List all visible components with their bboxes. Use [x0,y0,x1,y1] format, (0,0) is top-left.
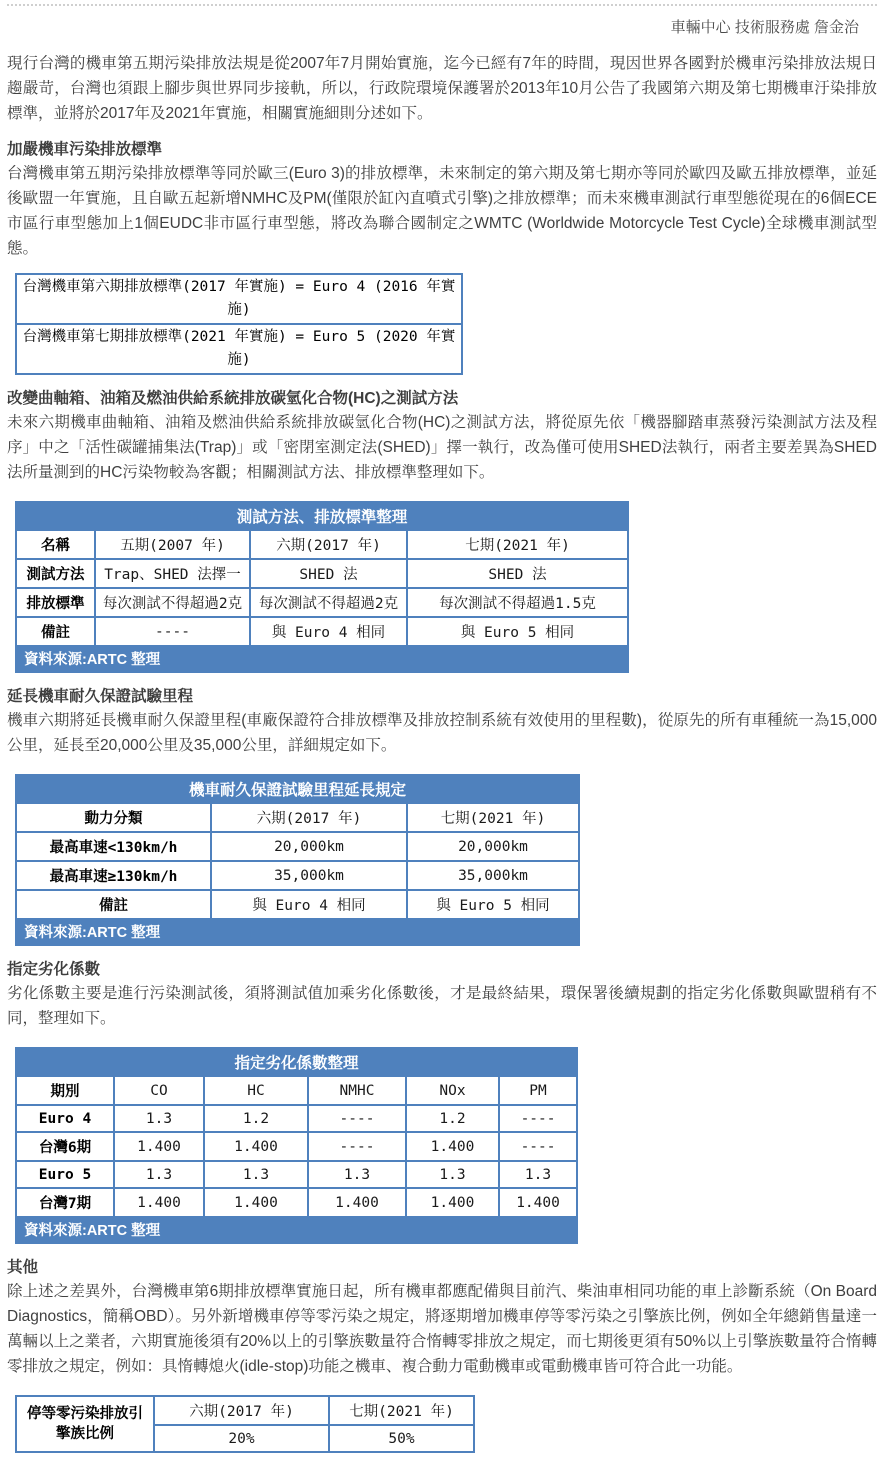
section-heading-durability-mileage: 延長機車耐久保證試驗里程 [7,685,877,708]
table-cell: 台灣6期 [16,1132,114,1161]
table-cell: 1.400 [204,1188,308,1217]
table-cell: 名稱 [16,530,95,559]
table-cell: 最高車速≥130km/h [16,861,211,890]
byline: 車輛中心 技術服務處 詹金治 [7,16,859,37]
table-cell: 50% [329,1425,474,1452]
table-cell: 七期(2021 年) [407,803,579,832]
table-cell: 與 Euro 5 相同 [407,617,628,646]
table-cell: 排放標準 [16,588,95,617]
table-cell: 與 Euro 5 相同 [407,890,579,919]
table-cell: 1.400 [406,1188,499,1217]
table-cell: NMHC [308,1076,406,1105]
table-cell: ---- [499,1105,577,1132]
table-cell: CO [114,1076,204,1105]
section-heading-deterioration-factor: 指定劣化係數 [7,958,877,981]
table-cell: 1.3 [204,1161,308,1188]
section-heading-others: 其他 [7,1256,877,1279]
table-cell: 20% [154,1425,329,1452]
table-cell: ---- [308,1105,406,1132]
euro-equivalence-box: 台灣機車第六期排放標準(2017 年實施) = Euro 4 (2016 年實施… [15,273,463,375]
table-cell: PM [499,1076,577,1105]
table-cell: 最高車速<130km/h [16,832,211,861]
table-cell: 六期(2017 年) [154,1396,329,1425]
article-page: 車輛中心 技術服務處 詹金治 現行台灣的機車第五期污染排放法規是從2007年7月… [0,0,885,1463]
test-method-table: 測試方法、排放標準整理 名稱 五期(2007 年) 六期(2017 年) 七期(… [15,501,629,673]
idle-zero-emission-table: 停等零污染排放引擎族比例 六期(2017 年) 七期(2021 年) 20% 5… [15,1395,475,1453]
table-cell: 停等零污染排放引擎族比例 [16,1396,154,1452]
table-cell: 1.3 [114,1105,204,1132]
table-cell: 1.400 [114,1132,204,1161]
table-cell: 七期(2021 年) [329,1396,474,1425]
table-cell: 每次測試不得超過2克 [95,588,250,617]
table-cell: 35,000km [407,861,579,890]
table-cell: 1.2 [204,1105,308,1132]
table-cell: SHED 法 [250,559,407,588]
table-cell: 1.400 [308,1188,406,1217]
table-cell: SHED 法 [407,559,628,588]
table-cell: ---- [499,1132,577,1161]
table-cell: 與 Euro 4 相同 [211,890,407,919]
euro-equivalence-row: 台灣機車第七期排放標準(2021 年實施) = Euro 5 (2020 年實施… [17,325,461,373]
section-body-deterioration-factor: 劣化係數主要是進行污染測試後，須將測試值加乘劣化係數後，才是最終結果，環保署後續… [7,981,877,1031]
table-source: 資料來源:ARTC 整理 [16,646,628,672]
table-cell: 台灣7期 [16,1188,114,1217]
table-cell: 測試方法 [16,559,95,588]
table-source: 資料來源:ARTC 整理 [16,1217,577,1243]
table-cell: 1.400 [204,1132,308,1161]
table-title: 指定劣化係數整理 [16,1048,577,1076]
table-cell: HC [204,1076,308,1105]
table-cell: 與 Euro 4 相同 [250,617,407,646]
section-body-others: 除上述之差異外，台灣機車第6期排放標準實施日起，所有機車都應配備與目前汽、柴油車… [7,1279,877,1379]
top-divider [7,4,877,6]
table-cell: 1.3 [308,1161,406,1188]
section-body-hc-test-method: 未來六期機車曲軸箱、油箱及燃油供給系統排放碳氫化合物(HC)之測試方法，將從原先… [7,410,877,485]
table-cell: 20,000km [407,832,579,861]
table-cell: 1.400 [499,1188,577,1217]
table-cell: 1.400 [406,1132,499,1161]
table-cell: 六期(2017 年) [250,530,407,559]
table-cell: 每次測試不得超過2克 [250,588,407,617]
section-body-stricter-standards: 台灣機車第五期污染排放標準等同於歐三(Euro 3)的排放標準，未來制定的第六期… [7,161,877,261]
table-cell: Euro 5 [16,1161,114,1188]
euro-equivalence-row: 台灣機車第六期排放標準(2017 年實施) = Euro 4 (2016 年實施… [17,275,461,325]
table-cell: 動力分類 [16,803,211,832]
table-cell: 1.2 [406,1105,499,1132]
table-cell: 期別 [16,1076,114,1105]
table-title: 機車耐久保證試驗里程延長規定 [16,775,579,803]
table-cell: 35,000km [211,861,407,890]
table-cell: Euro 4 [16,1105,114,1132]
table-cell: NOx [406,1076,499,1105]
table-cell: 1.3 [499,1161,577,1188]
table-cell: ---- [95,617,250,646]
table-cell: 每次測試不得超過1.5克 [407,588,628,617]
deterioration-factor-table: 指定劣化係數整理 期別 CO HC NMHC NOx PM Euro 4 1.3… [15,1047,578,1244]
table-cell: 20,000km [211,832,407,861]
table-cell: ---- [308,1132,406,1161]
table-cell: 五期(2007 年) [95,530,250,559]
table-source: 資料來源:ARTC 整理 [16,919,579,945]
section-body-durability-mileage: 機車六期將延長機車耐久保證里程(車廠保證符合排放標準及排放控制系統有效使用的里程… [7,708,877,758]
table-cell: 1.400 [114,1188,204,1217]
intro-paragraph: 現行台灣的機車第五期污染排放法規是從2007年7月開始實施，迄今已經有7年的時間… [7,51,877,126]
table-cell: 備註 [16,617,95,646]
durability-mileage-table: 機車耐久保證試驗里程延長規定 動力分類 六期(2017 年) 七期(2021 年… [15,774,580,946]
section-heading-stricter-standards: 加嚴機車污染排放標準 [7,138,877,161]
table-cell: 1.3 [406,1161,499,1188]
section-heading-hc-test-method: 改變曲軸箱、油箱及燃油供給系統排放碳氫化合物(HC)之測試方法 [7,387,877,410]
table-title: 測試方法、排放標準整理 [16,502,628,530]
table-cell: 七期(2021 年) [407,530,628,559]
table-cell: 備註 [16,890,211,919]
table-cell: 1.3 [114,1161,204,1188]
table-cell: Trap、SHED 法擇一 [95,559,250,588]
table-cell: 六期(2017 年) [211,803,407,832]
